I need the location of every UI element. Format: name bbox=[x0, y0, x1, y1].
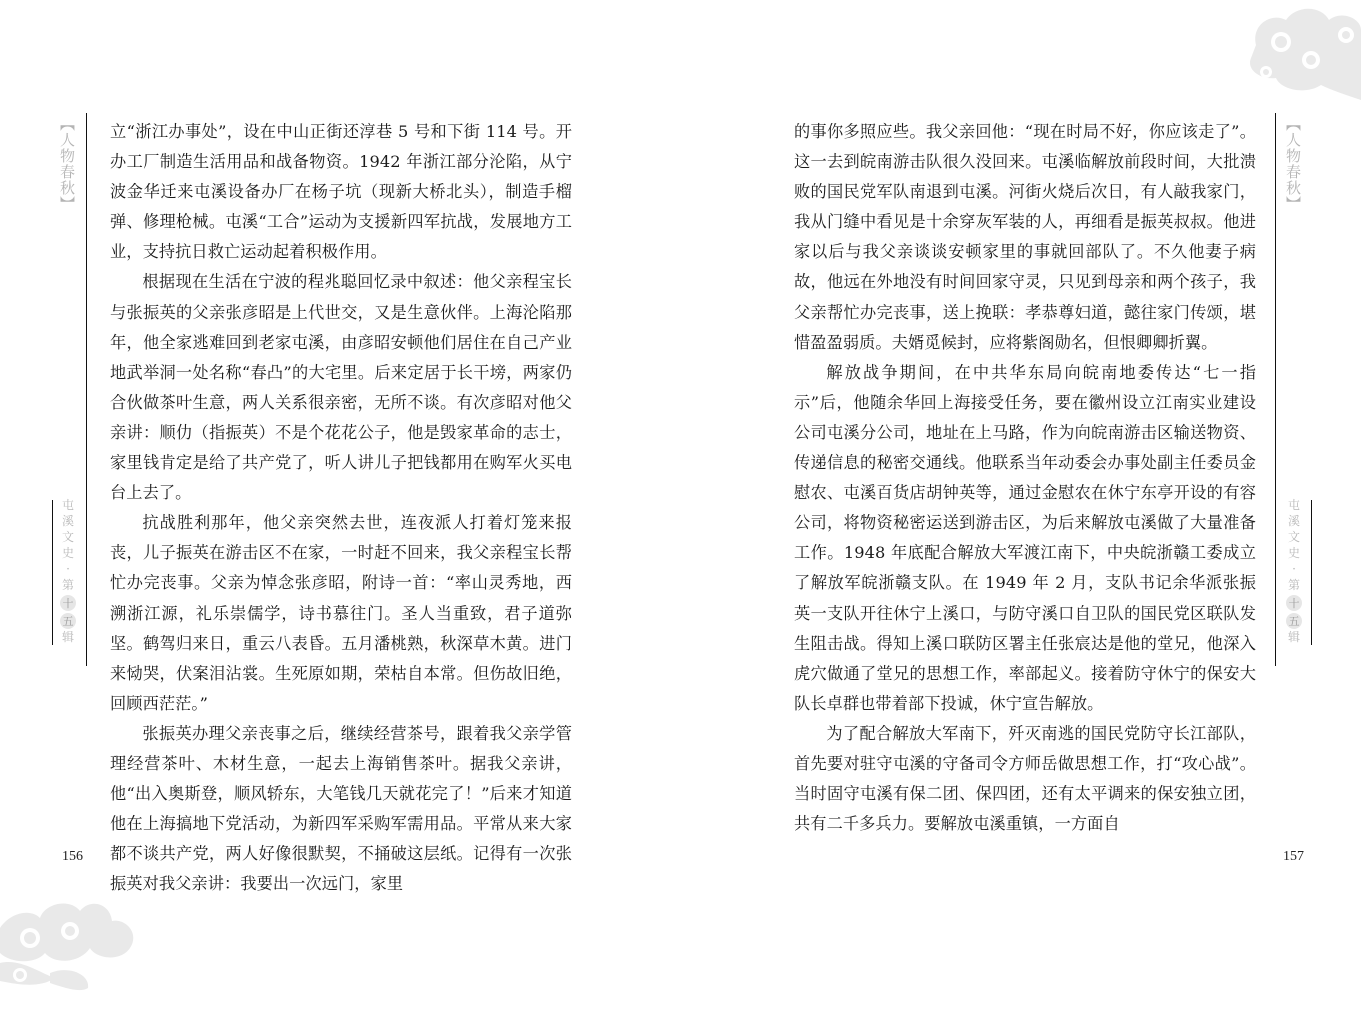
page-number: 156 bbox=[62, 849, 83, 865]
series-char: 第 bbox=[1288, 578, 1300, 594]
series-char: 溪 bbox=[1288, 514, 1300, 530]
paragraph: 为了配合解放大军南下，歼灭南逃的国民党防守长江部队，首先要对驻守屯溪的守备司令方… bbox=[794, 719, 1256, 839]
series-char: 辑 bbox=[1288, 630, 1300, 646]
series-rule bbox=[52, 500, 53, 645]
body-text: 的事你多照应些。我父亲回他：“现在时局不好，你应该走了”。这一去到皖南游击队很久… bbox=[794, 117, 1256, 839]
section-label: 【人物春秋】 bbox=[1284, 116, 1301, 212]
margin-rule bbox=[86, 113, 87, 666]
series-char: 文 bbox=[62, 530, 74, 546]
margin-rule bbox=[1275, 113, 1276, 666]
series-char: 辑 bbox=[62, 630, 74, 646]
body-text: 立“浙江办事处”，设在中山正街还淳巷 5 号和下街 114 号。开办工厂制造生活… bbox=[110, 117, 572, 899]
series-char: 史 bbox=[1288, 546, 1300, 562]
series-char: 屯 bbox=[1288, 498, 1300, 514]
left-page: 【人物春秋】 屯 溪 文 史 · 第 十 五 辑 立“浙江办事处”，设在中山正街… bbox=[0, 0, 680, 1016]
cloud-ornament-icon bbox=[0, 893, 150, 1016]
paragraph: 张振英办理父亲丧事之后，继续经营茶号，跟着我父亲学管理经营茶叶、木材生意，一起去… bbox=[110, 719, 572, 900]
circled-char: 五 bbox=[60, 613, 76, 629]
section-label: 【人物春秋】 bbox=[58, 116, 75, 212]
series-label: 屯 溪 文 史 · 第 十 五 辑 bbox=[58, 498, 78, 646]
series-char: 文 bbox=[1288, 530, 1300, 546]
series-char: 屯 bbox=[62, 498, 74, 514]
book-spread: 【人物春秋】 屯 溪 文 史 · 第 十 五 辑 立“浙江办事处”，设在中山正街… bbox=[0, 0, 1361, 1016]
series-char: 第 bbox=[62, 578, 74, 594]
circled-char: 十 bbox=[1286, 595, 1302, 611]
series-char: 史 bbox=[62, 546, 74, 562]
series-rule bbox=[1311, 500, 1312, 645]
series-char: 溪 bbox=[62, 514, 74, 530]
series-char: · bbox=[66, 562, 70, 578]
right-page: 【人物春秋】 屯 溪 文 史 · 第 十 五 辑 的事你多照应些。我父亲回他：“… bbox=[680, 0, 1361, 1016]
paragraph: 根据现在生活在宁波的程兆聪回忆录中叙述：他父亲程宝长与张振英的父亲张彦昭是上代世… bbox=[110, 267, 572, 508]
paragraph: 立“浙江办事处”，设在中山正街还淳巷 5 号和下街 114 号。开办工厂制造生活… bbox=[110, 117, 572, 267]
paragraph: 的事你多照应些。我父亲回他：“现在时局不好，你应该走了”。这一去到皖南游击队很久… bbox=[794, 117, 1256, 358]
cloud-ornament-icon bbox=[1241, 0, 1361, 110]
page-number: 157 bbox=[1283, 849, 1304, 865]
series-char: · bbox=[1292, 562, 1296, 578]
series-label: 屯 溪 文 史 · 第 十 五 辑 bbox=[1284, 498, 1304, 646]
paragraph: 抗战胜利那年，他父亲突然去世，连夜派人打着灯笼来报丧，儿子振英在游击区不在家，一… bbox=[110, 508, 572, 719]
paragraph: 解放战争期间，在中共华东局向皖南地委传达“七一指示”后，他随余华回上海接受任务，… bbox=[794, 358, 1256, 719]
circled-char: 五 bbox=[1286, 613, 1302, 629]
circled-char: 十 bbox=[60, 595, 76, 611]
